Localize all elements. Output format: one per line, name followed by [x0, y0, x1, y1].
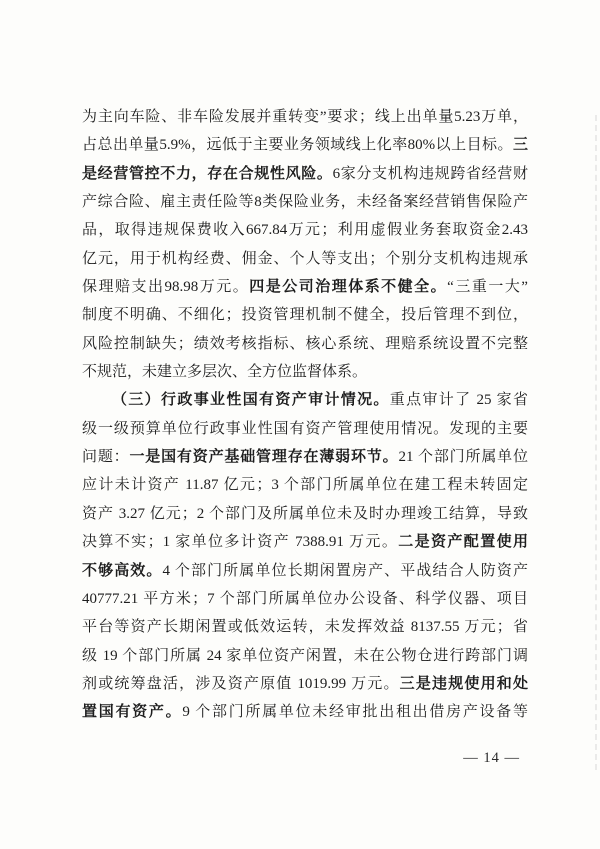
body-text: 品，取得违规保费收入667.84万元；利用虚假业务套取资金2.43 [82, 222, 528, 238]
text-line: 风险控制缺失；绩效考核指标、核心系统、理赔系统设置不完整 [82, 330, 528, 358]
body-text: 风险控制缺失；绩效考核指标、核心系统、理赔系统设置不完整 [82, 336, 528, 352]
text-line: 保理赔支出98.98万元。四是公司治理体系不健全。“三重一大” [82, 273, 528, 301]
text-line: 亿元，用于机构经费、佣金、个人等支出；个别分支机构违规承 [82, 245, 528, 273]
text-line: 资产 3.27 亿元；2 个部门及所属单位未及时办理竣工结算，导致 [82, 500, 528, 528]
body-text: 制度不明确、不细化；投资管理机制不健全，投后管理不到位， [82, 307, 528, 323]
text-line: 级 19 个部门所属 24 家单位资产闲置，未在公物仓进行跨部门调 [82, 642, 528, 670]
scan-edge-artifact [595, 115, 597, 770]
text-line: 为主向车险、非车险发展并重转变”要求；线上出单量5.23万单， [82, 103, 528, 131]
text-line: 占总出单量5.9%，远低于主要业务领域线上化率80%以上目标。三 [82, 131, 528, 159]
text-line: 平台等资产长期闲置或低效运转，未发挥效益 8137.55 万元；省 [82, 613, 528, 641]
body-text: 应计未计资产 11.87 亿元；3 个部门所属单位在建工程未转固定 [82, 477, 528, 493]
emphasis-text: 是经营管控不力，存在合规性风险。 [82, 166, 333, 182]
body-text: 21 个部门所属单位 [398, 449, 528, 465]
emphasis-text: 三 [513, 137, 528, 153]
body-text: 占总出单量5.9%，远低于主要业务领域线上化率80%以上目标。 [82, 137, 513, 153]
document-page: 为主向车险、非车险发展并重转变”要求；线上出单量5.23万单，占总出单量5.9%… [0, 0, 600, 849]
body-text: 9 个部门所属单位未经审批出租出借房产设备等 [182, 704, 528, 720]
emphasis-text: 二是资产配置使用 [398, 534, 528, 550]
body-text: 产综合险、雇主责任险等8类保险业务，未经备案经营销售保险产 [82, 194, 528, 210]
page-number: — 14 — [463, 750, 520, 767]
body-text: 级 19 个部门所属 24 家单位资产闲置，未在公物仓进行跨部门调 [82, 648, 528, 664]
text-line: 是经营管控不力，存在合规性风险。6家分支机构违规跨省经营财 [82, 160, 528, 188]
emphasis-text: 不够高效。 [82, 563, 163, 579]
emphasis-text: 三是违规使用和处 [400, 676, 528, 692]
emphasis-text: （三）行政事业性国有资产审计情况。 [112, 392, 390, 408]
text-line: 应计未计资产 11.87 亿元；3 个部门所属单位在建工程未转固定 [82, 471, 528, 499]
body-text: 为主向车险、非车险发展并重转变”要求；线上出单量5.23万单， [82, 109, 528, 125]
text-line: 置国有资产。9 个部门所属单位未经审批出租出借房产设备等 [82, 698, 528, 726]
body-text: 亿元，用于机构经费、佣金、个人等支出；个别分支机构违规承 [82, 251, 528, 267]
text-line: 40777.21 平方米；7 个部门所属单位办公设备、科学仪器、项目 [82, 585, 528, 613]
emphasis-text: 一是国有资产基础管理存在薄弱环节。 [129, 449, 398, 465]
text-line: 级一级预算单位行政事业性国有资产管理使用情况。发现的主要 [82, 415, 528, 443]
text-line: （三）行政事业性国有资产审计情况。重点审计了 25 家省 [82, 386, 528, 414]
text-line: 产综合险、雇主责任险等8类保险业务，未经备案经营销售保险产 [82, 188, 528, 216]
text-line: 不规范，未建立多层次、全方位监督体系。 [82, 358, 528, 386]
body-text: 4 个部门所属单位长期闲置房产、平战结合人防资产 [163, 563, 528, 579]
body-text: 平台等资产长期闲置或低效运转，未发挥效益 8137.55 万元；省 [82, 619, 528, 635]
body-text: “三重一大” [447, 279, 528, 295]
body-text: 决算不实；1 家单位多计资产 7388.91 万元。 [82, 534, 398, 550]
text-line: 剂或统筹盘活，涉及资产原值 1019.99 万元。三是违规使用和处 [82, 670, 528, 698]
text-line: 品，取得违规保费收入667.84万元；利用虚假业务套取资金2.43 [82, 216, 528, 244]
body-text: 问题： [82, 449, 129, 465]
document-body: 为主向车险、非车险发展并重转变”要求；线上出单量5.23万单，占总出单量5.9%… [82, 103, 528, 727]
body-text: 保理赔支出98.98万元。 [82, 279, 249, 295]
body-text: 资产 3.27 亿元；2 个部门及所属单位未及时办理竣工结算，导致 [82, 506, 528, 522]
body-text: 重点审计了 25 家省 [390, 392, 528, 408]
text-line: 不够高效。4 个部门所属单位长期闲置房产、平战结合人防资产 [82, 557, 528, 585]
emphasis-text: 置国有资产。 [82, 704, 182, 720]
body-text: 6家分支机构违规跨省经营财 [333, 166, 528, 182]
body-text: 级一级预算单位行政事业性国有资产管理使用情况。发现的主要 [82, 421, 528, 437]
body-text: 不规范，未建立多层次、全方位监督体系。 [82, 364, 367, 380]
body-text: 40777.21 平方米；7 个部门所属单位办公设备、科学仪器、项目 [82, 591, 528, 607]
emphasis-text: 四是公司治理体系不健全。 [249, 279, 447, 295]
text-line: 问题：一是国有资产基础管理存在薄弱环节。21 个部门所属单位 [82, 443, 528, 471]
text-line: 制度不明确、不细化；投资管理机制不健全，投后管理不到位， [82, 301, 528, 329]
body-text: 剂或统筹盘活，涉及资产原值 1019.99 万元。 [82, 676, 400, 692]
text-line: 决算不实；1 家单位多计资产 7388.91 万元。二是资产配置使用 [82, 528, 528, 556]
